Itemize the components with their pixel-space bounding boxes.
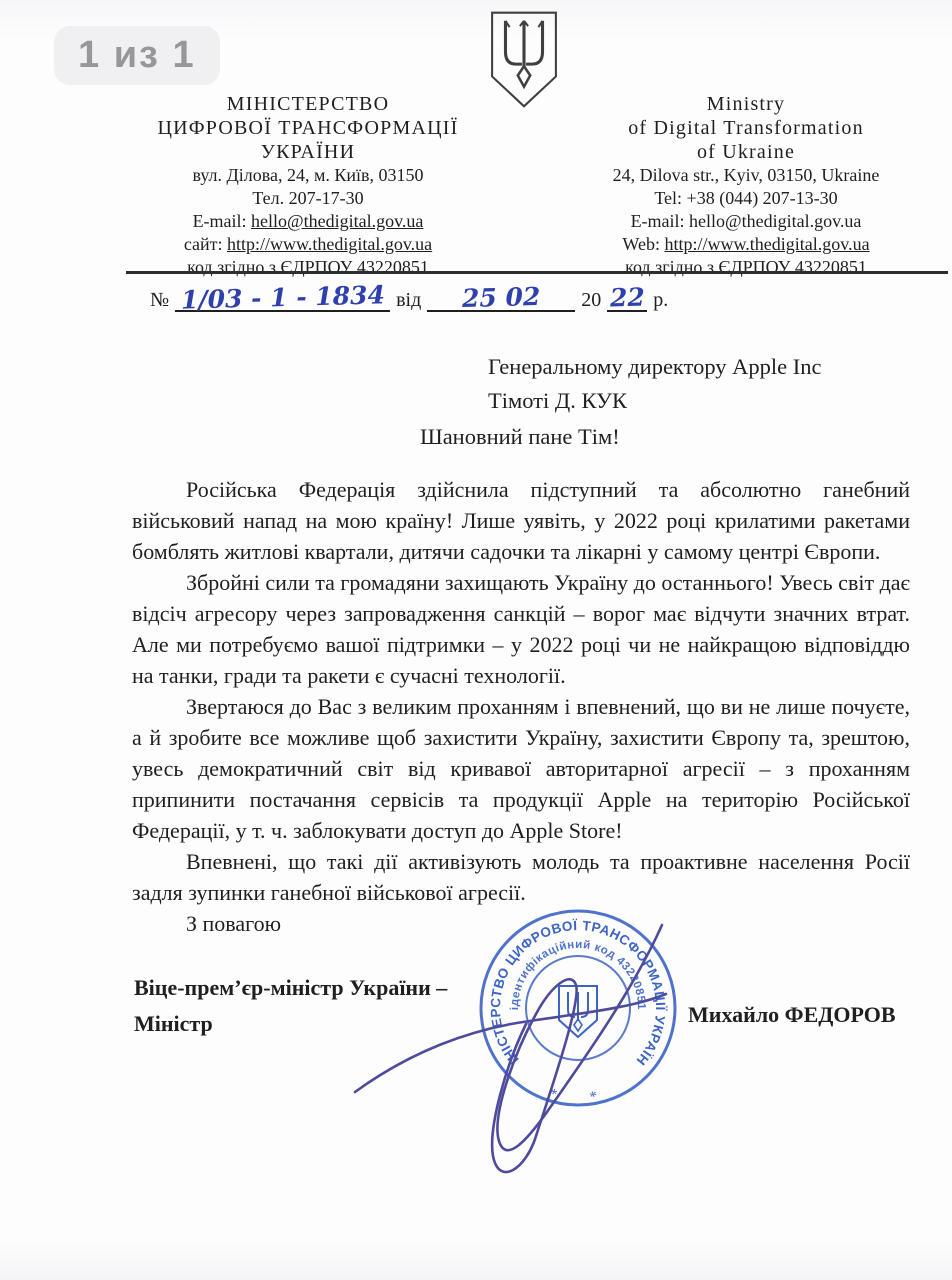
org-phone: Tel: +38 (044) 207-13-30 [566,187,926,210]
reference-line: № 1/03 - 1 - 1834 від 25 02 20 22 р. [150,284,668,312]
paragraph: Російська Федерація здійснила підступний… [132,474,910,567]
paragraph: Збройні сили та громадяни захищають Укра… [132,567,910,691]
org-email-line: E-mail: hello@thedigital.gov.ua [128,210,488,233]
handwritten-date: 25 02 [462,285,541,311]
org-name-line: МІНІСТЕРСТВО [128,92,488,116]
org-edrpou-code: код згідно з ЄДРПОУ 43220851 [566,256,926,279]
email-text: hello@thedigital.gov.ua [689,211,861,231]
email-link: hello@thedigital.gov.ua [251,211,423,231]
email-label: E-mail: [631,211,689,231]
handwritten-year: 22 [610,286,645,311]
ref-number-label: № [150,289,169,312]
org-edrpou-code: код згідно з ЄДРПОУ 43220851 [128,256,488,279]
letterhead-ukrainian: МІНІСТЕРСТВО ЦИФРОВОЇ ТРАНСФОРМАЦІЇ УКРА… [128,92,488,279]
scanned-letter-page: 1 из 1 МІНІСТЕРСТВО ЦИФРОВОЇ ТРАНСФОРМАЦ… [0,0,952,1280]
site-label: сайт: [184,234,227,254]
paragraph: Звертаюся до Вас з великим проханням і в… [132,691,910,846]
handwritten-ref-number: 1/03 - 1 - 1834 [180,283,384,312]
email-label: E-mail: [193,211,251,231]
org-web-line: Web: http://www.thedigital.gov.ua [566,233,926,256]
org-name-line: Ministry [566,92,926,116]
org-name-line: of Ukraine [566,140,926,164]
salutation: Шановний пане Тім! [420,424,620,450]
page-indicator-badge: 1 из 1 [54,26,220,85]
recipient-line: Генеральному директору Apple Inc [488,350,822,384]
web-link: http://www.thedigital.gov.ua [664,234,869,254]
ref-year-suffix: р. [653,289,668,312]
handwritten-signature [330,900,690,1210]
web-label: Web: [622,234,664,254]
org-email-line: E-mail: hello@thedigital.gov.ua [566,210,926,233]
org-site-line: сайт: http://www.thedigital.gov.ua [128,233,488,256]
ref-year-blank: 22 [607,284,647,312]
ref-year-prefix: 20 [581,289,601,312]
ukraine-trident-emblem-icon [488,10,560,115]
org-name-line: УКРАЇНИ [128,140,488,164]
recipient-block: Генеральному директору Apple Inc Тімоті … [488,350,822,418]
site-link: http://www.thedigital.gov.ua [227,234,432,254]
recipient-line: Тімоті Д. КУК [488,384,822,418]
org-name-line: ЦИФРОВОЇ ТРАНСФОРМАЦІЇ [128,116,488,140]
org-phone: Тел. 207-17-30 [128,187,488,210]
ref-number-blank: 1/03 - 1 - 1834 [175,284,390,312]
letterhead-divider [126,271,948,274]
org-address: вул. Ділова, 24, м. Київ, 03150 [128,164,488,187]
letter-body: Російська Федерація здійснила підступний… [132,474,910,939]
org-name-line: of Digital Transformation [566,116,926,140]
ref-date-label: від [396,289,421,312]
paragraph: Впевнені, що такі дії активізують молодь… [132,846,910,908]
signer-name: Михайло ФЕДОРОВ [688,1002,896,1028]
org-address: 24, Dilova str., Kyiv, 03150, Ukraine [566,164,926,187]
letterhead-english: Ministry of Digital Transformation of Uk… [566,92,926,279]
ref-date-blank: 25 02 [427,284,575,312]
